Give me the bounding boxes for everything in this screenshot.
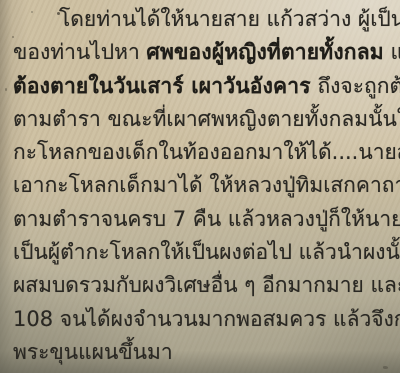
text-line: พระขุนแผนขึ้นมา: [13, 336, 391, 369]
text-line: เอากะโหลกเด็กมาได้ ให้หลวงปู่ทิมเสกคาถาข…: [13, 169, 391, 202]
text-segment: ถึงจะถูกต้อง: [311, 74, 400, 98]
bold-text-segment: ต้องตายในวันเสาร์ เผาวันอังคาร: [13, 74, 311, 98]
text-line: ตามตำรา ขณะที่เผาศพหญิงตายทั้งกลมนั้นให้…: [13, 103, 391, 136]
text-line: ของท่านไปหา ศพของผู้หญิงที่ตายทั้งกลม แล…: [13, 36, 391, 69]
text-segment: กะโหลกของเด็กในท้องออกมาให้ได้....นายสาย…: [13, 140, 400, 164]
text-segment: ผสมบดรวมกับผงวิเศษอื่น ๆ อีกมากมาย และว่…: [13, 273, 400, 297]
bold-text-segment: ศพของผู้หญิงที่ตายทั้งกลม: [146, 40, 383, 64]
text-segment: และ: [384, 40, 400, 64]
text-segment: ของท่านไปหา: [13, 40, 146, 64]
text-segment: เป็นผู้ตำกะโหลกให้เป็นผงต่อไป แล้วนำผงนั…: [13, 240, 400, 264]
text-line: ต้องตายในวันเสาร์ เผาวันอังคาร ถึงจะถูกต…: [13, 70, 391, 103]
text-line: 108 จนได้ผงจำนวนมากพอสมควร แล้วจึงกดพิมพ…: [13, 303, 391, 336]
text-segment: พระขุนแผนขึ้นมา: [13, 340, 173, 364]
text-line: เป็นผู้ตำกะโหลกให้เป็นผงต่อไป แล้วนำผงนั…: [13, 236, 391, 269]
text-line: กะโหลกของเด็กในท้องออกมาให้ได้....นายสาย…: [13, 136, 391, 169]
text-segment: 108 จนได้ผงจำนวนมากพอสมควร แล้วจึงกดพิมพ…: [13, 307, 400, 331]
text-segment: โดยท่านได้ให้นายสาย แก้วสว่าง ผู้เป็นหลา…: [59, 7, 400, 31]
scanned-page-photo: โดยท่านได้ให้นายสาย แก้วสว่าง ผู้เป็นหลา…: [0, 0, 400, 373]
paragraph: โดยท่านได้ให้นายสาย แก้วสว่าง ผู้เป็นหลา…: [13, 3, 391, 369]
text-line: ตามตำราจนครบ 7 คืน แล้วหลวงปู่ก็ให้นายสา…: [13, 203, 391, 236]
text-line: ผสมบดรวมกับผงวิเศษอื่น ๆ อีกมากมาย และว่…: [13, 269, 391, 302]
text-line: โดยท่านได้ให้นายสาย แก้วสว่าง ผู้เป็นหลา…: [13, 3, 391, 36]
text-segment: ตามตำรา ขณะที่เผาศพหญิงตายทั้งกลมนั้นให้…: [13, 107, 400, 131]
text-segment: เอากะโหลกเด็กมาได้ ให้หลวงปู่ทิมเสกคาถาข…: [13, 173, 400, 197]
scan-speck: [5, 88, 7, 91]
text-segment: ตามตำราจนครบ 7 คืน แล้วหลวงปู่ก็ให้นายสา…: [13, 207, 400, 231]
